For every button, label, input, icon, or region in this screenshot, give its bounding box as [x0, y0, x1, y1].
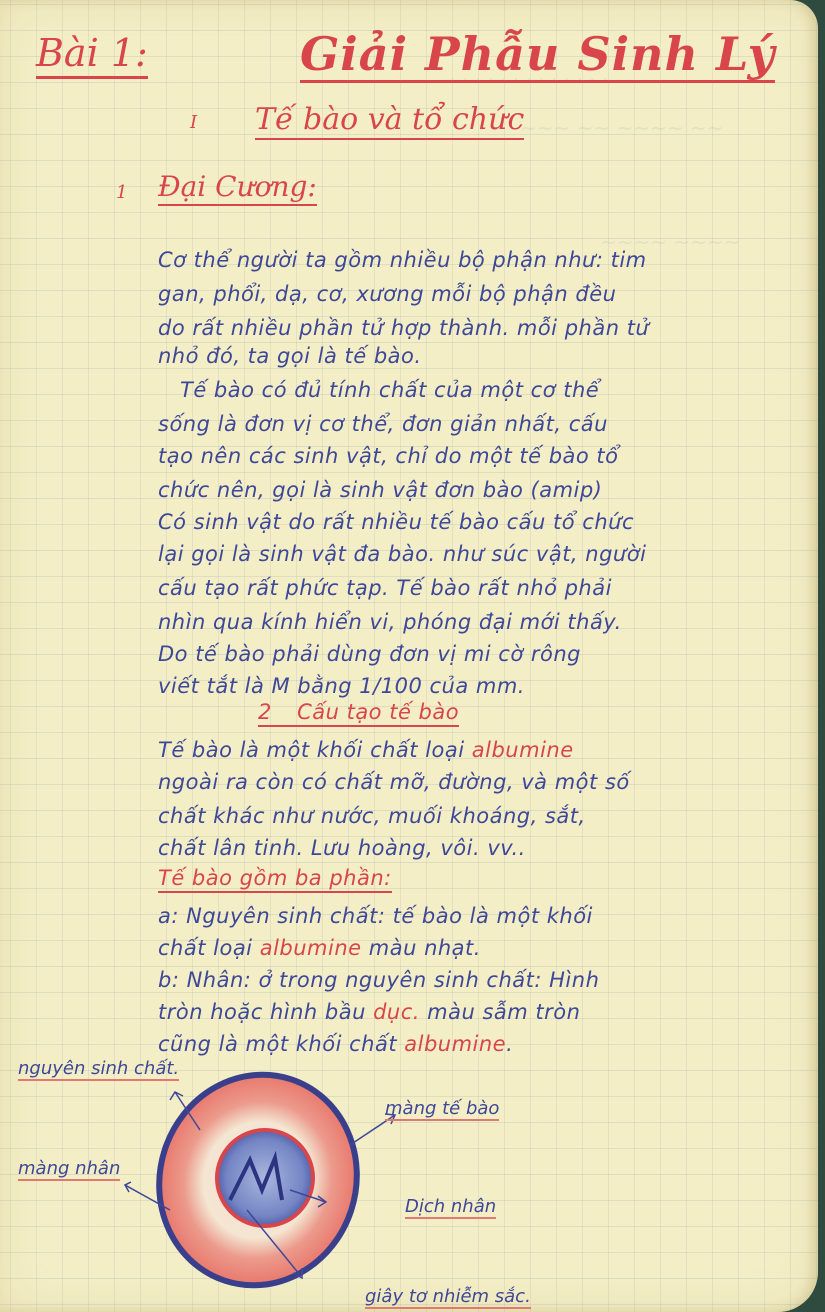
highlight-term: albumine	[260, 936, 362, 960]
section-heading: Tế bào và tổ chức	[255, 102, 524, 140]
cell-diagram: nguyên sinh chất. màng tế bào màng nhân …	[0, 1050, 620, 1312]
part-b-line: tròn hoặc hình bầu dục. màu sẫm tròn	[158, 1000, 580, 1024]
text-line: tạo nên các sinh vật, chỉ do một tế bào …	[158, 444, 619, 468]
text-line: Do tế bào phải dùng đơn vị mi cờ rông	[158, 642, 581, 666]
text-line: gan, phổi, dạ, cơ, xương mỗi bộ phận đều	[158, 282, 616, 306]
part-a-line: a: Nguyên sinh chất: tế bào là một khối	[158, 904, 593, 928]
text-line: sống là đơn vị cơ thể, đơn giản nhất, cấ…	[158, 412, 608, 436]
text-line: lại gọi là sinh vật đa bào. như súc vật,…	[158, 542, 646, 566]
text-line: viết tắt là M bằng 1/100 của mm.	[158, 674, 525, 698]
subsection-2-number: 2	[258, 700, 272, 724]
section-number: I	[190, 112, 197, 133]
label-chromatin: giây tơ nhiễm sắc.	[365, 1286, 531, 1309]
page-title: Giải Phẫu Sinh Lý	[300, 28, 775, 83]
part-b-line: b: Nhân: ở trong nguyên sinh chất: Hình	[158, 968, 599, 992]
text-line: nhỏ đó, ta gọi là tế bào.	[158, 344, 422, 368]
subsection-number: 1	[116, 182, 127, 203]
text-line: cấu tạo rất phức tạp. Tế bào rất nhỏ phả…	[158, 576, 612, 600]
text-line: do rất nhiều phần tử hợp thành. mỗi phần…	[158, 316, 649, 340]
text-line: Tế bào có đủ tính chất của một cơ thể	[180, 378, 599, 402]
text-line: Tế bào là một khối chất loại albumine	[158, 738, 574, 762]
parts-heading: Tế bào gồm ba phần:	[158, 866, 392, 893]
part-a-line: chất loại albumine màu nhạt.	[158, 936, 481, 960]
label-nuclear-membrane: màng nhân	[18, 1158, 120, 1181]
label-nuclear-fluid: Dịch nhân	[405, 1196, 496, 1219]
text-line: chất lân tinh. Lưu hoàng, vôi. vv..	[158, 836, 526, 860]
text-line: chức nên, gọi là sinh vật đơn bào (amip)	[158, 478, 602, 502]
text-line: Có sinh vật do rất nhiều tế bào cấu tổ c…	[158, 510, 634, 534]
text-line: nhìn qua kính hiển vi, phóng đại mới thấ…	[158, 610, 622, 634]
subsection-2-title: Cấu tạo tế bào	[297, 700, 459, 724]
cell-drawing-icon	[0, 1050, 620, 1312]
subsection-heading: Đại Cương:	[158, 170, 317, 206]
text-line: ngoài ra còn có chất mỡ, đường, và một s…	[158, 770, 630, 794]
highlight-term: albumine	[472, 738, 574, 762]
highlight-term: dục.	[373, 1000, 420, 1024]
notebook-page: . . . . . . . . . . . . . ~~~ ~~ ~~~~ ~~…	[0, 0, 818, 1312]
label-protoplasm: nguyên sinh chất.	[18, 1058, 179, 1081]
label-cell-membrane: màng tế bào	[385, 1098, 499, 1121]
subsection-2-heading: 2 Cấu tạo tế bào	[258, 700, 459, 727]
lesson-label: Bài 1:	[36, 30, 148, 79]
text-line: Cơ thể người ta gồm nhiều bộ phận như: t…	[158, 248, 647, 272]
text-line: chất khác như nước, muối khoáng, sắt,	[158, 804, 586, 828]
